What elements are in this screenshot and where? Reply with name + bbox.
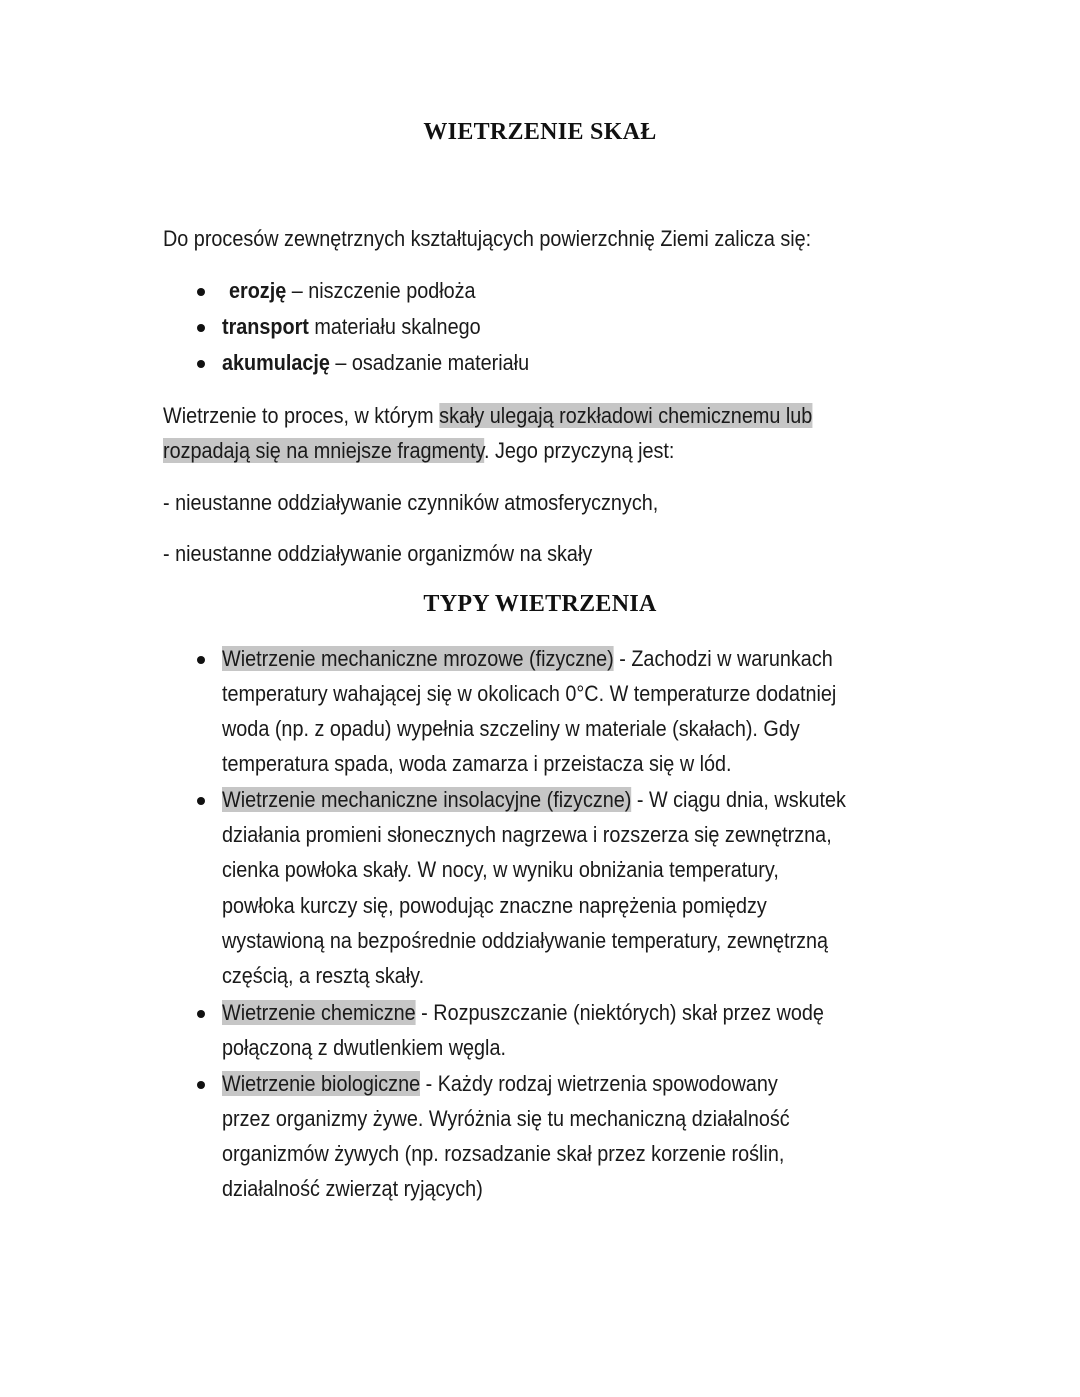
intro-paragraph: Do procesów zewnętrznych kształtujących … [163, 226, 811, 252]
process-item: transport materiału skalnego [222, 314, 481, 340]
definition-line-2: rozpadają się na mniejsze fragmenty. Jeg… [163, 438, 674, 464]
type-description-line: cienka powłoka skały. W nocy, w wyniku o… [222, 857, 779, 883]
bullet-icon [197, 797, 205, 805]
bullet-icon [197, 1081, 205, 1089]
type-description-line: woda (np. z opadu) wypełnia szczeliny w … [222, 716, 800, 742]
document-page: WIETRZENIE SKAŁ Do procesów zewnętrznych… [0, 0, 1080, 1397]
type-description-line: działania promieni słonecznych nagrzewa … [222, 822, 832, 848]
type-description-line: wystawioną na bezpośrednie oddziaływanie… [222, 928, 828, 954]
type-description-line: temperatury wahającej się w okolicach 0°… [222, 681, 836, 707]
type-description-line: organizmów żywych (np. rozsadzanie skał … [222, 1141, 784, 1167]
type-item-biological: Wietrzenie biologiczne - Każdy rodzaj wi… [222, 1071, 778, 1097]
type-description-line: połączoną z dwutlenkiem węgla. [222, 1035, 506, 1061]
process-item: erozję – niszczenie podłoża [229, 278, 476, 304]
type-description-line: przez organizmy żywe. Wyróżnia się tu me… [222, 1106, 790, 1132]
bullet-icon [197, 656, 205, 664]
cause-item: - nieustanne oddziaływanie czynników atm… [163, 490, 658, 516]
bullet-icon [197, 324, 205, 332]
section-heading: TYPY WIETRZENIA [0, 591, 1080, 618]
page-title: WIETRZENIE SKAŁ [0, 119, 1080, 146]
type-description-line: temperatura spada, woda zamarza i przeis… [222, 751, 732, 777]
cause-item: - nieustanne oddziaływanie organizmów na… [163, 541, 592, 567]
type-item-chemical: Wietrzenie chemiczne - Rozpuszczanie (ni… [222, 1000, 824, 1026]
process-item: akumulację – osadzanie materiału [222, 350, 529, 376]
type-item-insolation: Wietrzenie mechaniczne insolacyjne (fizy… [222, 787, 846, 813]
definition-line-1: Wietrzenie to proces, w którym skały ule… [163, 403, 812, 429]
type-description-line: powłoka kurczy się, powodując znaczne na… [222, 893, 767, 919]
bullet-icon [197, 360, 205, 368]
type-description-line: działalność zwierząt ryjących) [222, 1176, 483, 1202]
type-item-frost: Wietrzenie mechaniczne mrozowe (fizyczne… [222, 646, 833, 672]
type-description-line: częścią, a resztą skały. [222, 963, 424, 989]
bullet-icon [197, 288, 205, 296]
bullet-icon [197, 1010, 205, 1018]
